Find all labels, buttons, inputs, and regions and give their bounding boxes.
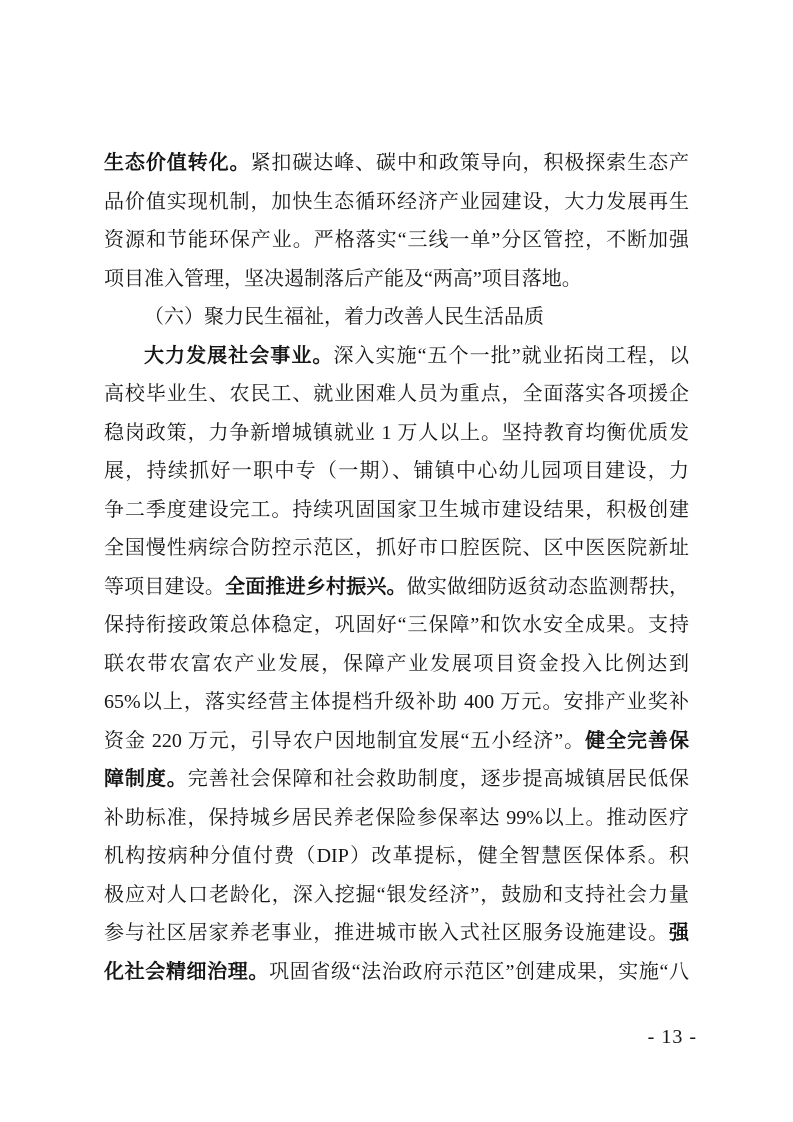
text-line: 大力发展社会事业。深入实施“五个一批”就业拓岗工程，以 bbox=[104, 337, 689, 376]
heading-run: （六）聚力民生福祉，着力改善人民生活品质 bbox=[144, 306, 544, 328]
text-run-bold: 生态价值转化。 bbox=[104, 152, 250, 174]
text-line: 65%以上，落实经营主体提档升级补助 400 万元。安排产业奖补 bbox=[104, 683, 689, 722]
text-line: 资源和节能环保产业。严格落实“三线一单”分区管控，不断加强 bbox=[104, 221, 689, 260]
text-line: 展，持续抓好一职中专（一期）、铺镇中心幼儿园项目建设，力 bbox=[104, 452, 689, 491]
text-line: 争二季度建设完工。持续巩固国家卫生城市建设结果，积极创建 bbox=[104, 491, 689, 530]
text-run: 参与社区居家养老事业，推进城市嵌入式社区服务设施建设。 bbox=[104, 922, 669, 944]
text-run-bold: 强 bbox=[669, 922, 689, 944]
text-line: 极应对人口老龄化，深入挖掘“银发经济”，鼓励和支持社会力量 bbox=[104, 876, 689, 915]
text-line: 保持衔接政策总体稳定，巩固好“三保障”和饮水安全成果。支持 bbox=[104, 606, 689, 645]
text-run: 稳岗政策，力争新增城镇就业 1 万人以上。坚持教育均衡优质发 bbox=[104, 422, 689, 444]
text-line: 高校毕业生、农民工、就业困难人员为重点，全面落实各项援企 bbox=[104, 375, 689, 414]
text-run: 深入实施“五个一批”就业拓岗工程，以 bbox=[333, 345, 689, 367]
text-run: 争二季度建设完工。持续巩固国家卫生城市建设结果，积极创建 bbox=[104, 499, 689, 521]
text-run: 品价值实现机制，加快生态循环经济产业园建设，大力发展再生 bbox=[104, 191, 689, 213]
text-run: 资源和节能环保产业。严格落实“三线一单”分区管控，不断加强 bbox=[104, 229, 689, 251]
text-line: 稳岗政策，力争新增城镇就业 1 万人以上。坚持教育均衡优质发 bbox=[104, 414, 689, 453]
section-heading: （六）聚力民生福祉，着力改善人民生活品质 bbox=[104, 298, 689, 337]
text-run: 展，持续抓好一职中专（一期）、铺镇中心幼儿园项目建设，力 bbox=[104, 460, 689, 482]
text-run: 补助标准，保持城乡居民养老保险参保率达 99%以上。推动医疗 bbox=[104, 807, 689, 829]
text-run-bold: 大力发展社会事业。 bbox=[144, 345, 333, 367]
text-run: 65%以上，落实经营主体提档升级补助 400 万元。安排产业奖补 bbox=[104, 691, 689, 713]
text-run: 资金 220 万元，引导农户因地制宜发展“五小经济”。 bbox=[104, 730, 585, 752]
text-line: 品价值实现机制，加快生态循环经济产业园建设，大力发展再生 bbox=[104, 183, 689, 222]
text-line: 生态价值转化。紧扣碳达峰、碳中和政策导向，积极探索生态产 bbox=[104, 144, 689, 183]
text-line: 等项目建设。全面推进乡村振兴。做实做细防返贫动态监测帮扶， bbox=[104, 568, 689, 607]
text-run-bold: 化社会精细治理。 bbox=[104, 961, 269, 983]
text-line: 资金 220 万元，引导农户因地制宜发展“五小经济”。健全完善保 bbox=[104, 722, 689, 761]
text-line: 机构按病种分值付费（DIP）改革提标，健全智慧医保体系。积 bbox=[104, 837, 689, 876]
text-run: 等项目建设。 bbox=[104, 576, 225, 598]
text-run: 项目准入管理，坚决遏制落后产能及“两高”项目落地。 bbox=[104, 268, 582, 290]
text-line: 项目准入管理，坚决遏制落后产能及“两高”项目落地。 bbox=[104, 260, 689, 299]
text-run: 机构按病种分值付费（DIP）改革提标，健全智慧医保体系。积 bbox=[104, 845, 689, 867]
text-run: 保持衔接政策总体稳定，巩固好“三保障”和饮水安全成果。支持 bbox=[104, 614, 689, 636]
text-line: 补助标准，保持城乡居民养老保险参保率达 99%以上。推动医疗 bbox=[104, 799, 689, 838]
text-line: 全国慢性病综合防控示范区，抓好市口腔医院、区中医医院新址 bbox=[104, 529, 689, 568]
text-line: 障制度。完善社会保障和社会救助制度，逐步提高城镇居民低保 bbox=[104, 760, 689, 799]
document-page: 生态价值转化。紧扣碳达峰、碳中和政策导向，积极探索生态产 品价值实现机制，加快生… bbox=[0, 0, 793, 1122]
text-run: 紧扣碳达峰、碳中和政策导向，积极探索生态产 bbox=[250, 152, 689, 174]
text-run-bold: 障制度。 bbox=[104, 768, 188, 790]
page-number: - 13 - bbox=[0, 1026, 697, 1049]
text-run-bold: 全面推进乡村振兴。 bbox=[225, 576, 407, 598]
document-text-block: 生态价值转化。紧扣碳达峰、碳中和政策导向，积极探索生态产 品价值实现机制，加快生… bbox=[104, 144, 689, 991]
text-run: 高校毕业生、农民工、就业困难人员为重点，全面落实各项援企 bbox=[104, 383, 689, 405]
text-run: 联农带农富农产业发展，保障产业发展项目资金投入比例达到 bbox=[104, 653, 689, 675]
text-run: 全国慢性病综合防控示范区，抓好市口腔医院、区中医医院新址 bbox=[104, 537, 689, 559]
text-line: 参与社区居家养老事业，推进城市嵌入式社区服务设施建设。强 bbox=[104, 914, 689, 953]
text-run-bold: 健全完善保 bbox=[585, 730, 689, 752]
text-line: 联农带农富农产业发展，保障产业发展项目资金投入比例达到 bbox=[104, 645, 689, 684]
text-run: 极应对人口老龄化，深入挖掘“银发经济”，鼓励和支持社会力量 bbox=[104, 884, 689, 906]
text-line: 化社会精细治理。巩固省级“法治政府示范区”创建成果，实施“八 bbox=[104, 953, 689, 992]
text-run: 完善社会保障和社会救助制度，逐步提高城镇居民低保 bbox=[188, 768, 689, 790]
text-run: 做实做细防返贫动态监测帮扶， bbox=[407, 576, 689, 598]
text-run: 巩固省级“法治政府示范区”创建成果，实施“八 bbox=[269, 961, 689, 983]
